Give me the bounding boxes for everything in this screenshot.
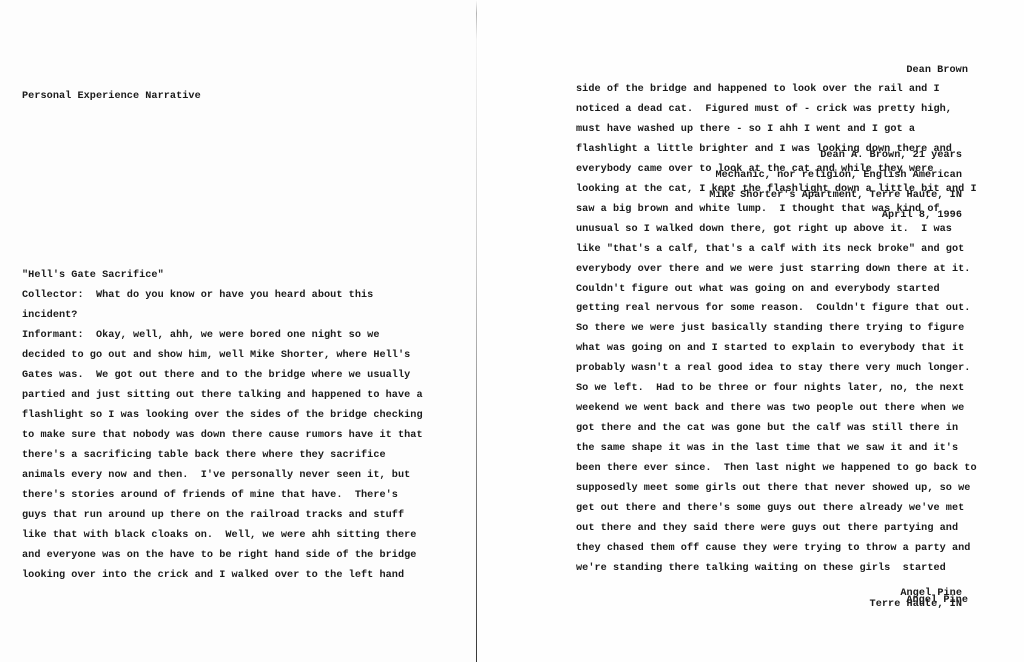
text-line: and everyone was on the have to be right… bbox=[22, 550, 416, 562]
text-line: flashlight a little brighter and I was l… bbox=[576, 144, 952, 156]
text-line: like "that's a calf, that's a calf with … bbox=[576, 244, 964, 256]
text-line: got there and the cat was gone but the c… bbox=[576, 423, 958, 435]
text-line: flashlight so I was looking over the sid… bbox=[22, 410, 423, 422]
text-line: to make sure that nobody was down there … bbox=[22, 430, 423, 442]
text-line: looking at the cat, I kept the flashligh… bbox=[576, 184, 977, 196]
text-line: guys that run around up there on the rai… bbox=[22, 510, 404, 522]
text-line: everybody came over to look at the cat a… bbox=[576, 164, 933, 176]
text-line: probably wasn't a real good idea to stay… bbox=[576, 363, 970, 375]
text-line: they chased them off cause they were try… bbox=[576, 543, 970, 555]
text-line: everybody over there and we were just st… bbox=[576, 264, 970, 276]
text-line: saw a big brown and white lump. I though… bbox=[576, 204, 940, 216]
text-line: unusual so I walked down there, got righ… bbox=[576, 224, 952, 236]
text-line: weekend we went back and there was two p… bbox=[576, 403, 964, 415]
text-line: we're standing there talking waiting on … bbox=[576, 563, 946, 575]
text-line: out there and they said there were guys … bbox=[576, 523, 958, 535]
text-line: like that with black cloaks on. Well, we… bbox=[22, 530, 416, 542]
text-line: animals every now and then. I've persona… bbox=[22, 470, 410, 482]
text-line: been there ever since. Then last night w… bbox=[576, 463, 977, 475]
collector-name-footer: Angel Pine bbox=[668, 595, 968, 607]
story-title: "Hell's Gate Sacrifice" bbox=[22, 270, 164, 282]
text-line: decided to go out and show him, well Mik… bbox=[22, 350, 410, 362]
text-line: getting real nervous for some reason. Co… bbox=[576, 303, 970, 315]
text-line: Collector: What do you know or have you … bbox=[22, 290, 373, 302]
text-line: Informant: Okay, well, ahh, we were bore… bbox=[22, 330, 379, 342]
text-line: get out there and there's some guys out … bbox=[576, 503, 964, 515]
text-line: there's a sacrificing table back there w… bbox=[22, 450, 386, 462]
text-line: partied and just sitting out there talki… bbox=[22, 390, 423, 402]
running-header: Dean Brown bbox=[668, 65, 968, 77]
text-line: Couldn't figure out what was going on an… bbox=[576, 284, 940, 296]
text-line: Gates was. We got out there and to the b… bbox=[22, 370, 410, 382]
text-line: must have washed up there - so I ahh I w… bbox=[576, 124, 915, 136]
page-divider bbox=[476, 0, 477, 662]
text-line: noticed a dead cat. Figured must of - cr… bbox=[576, 104, 952, 116]
text-line: side of the bridge and happened to look … bbox=[576, 84, 940, 96]
text-line: looking over into the crick and I walked… bbox=[22, 570, 404, 582]
document-type-heading: Personal Experience Narrative bbox=[22, 91, 201, 103]
text-line: supposedly meet some girls out there tha… bbox=[576, 483, 970, 495]
text-line: So there we were just basically standing… bbox=[576, 323, 964, 335]
text-line: So we left. Had to be three or four nigh… bbox=[576, 383, 964, 395]
text-line: the same shape it was in the last time t… bbox=[576, 443, 958, 455]
text-line: there's stories around of friends of min… bbox=[22, 490, 398, 502]
text-line: incident? bbox=[22, 310, 77, 322]
text-line: what was going on and I started to expla… bbox=[576, 343, 964, 355]
